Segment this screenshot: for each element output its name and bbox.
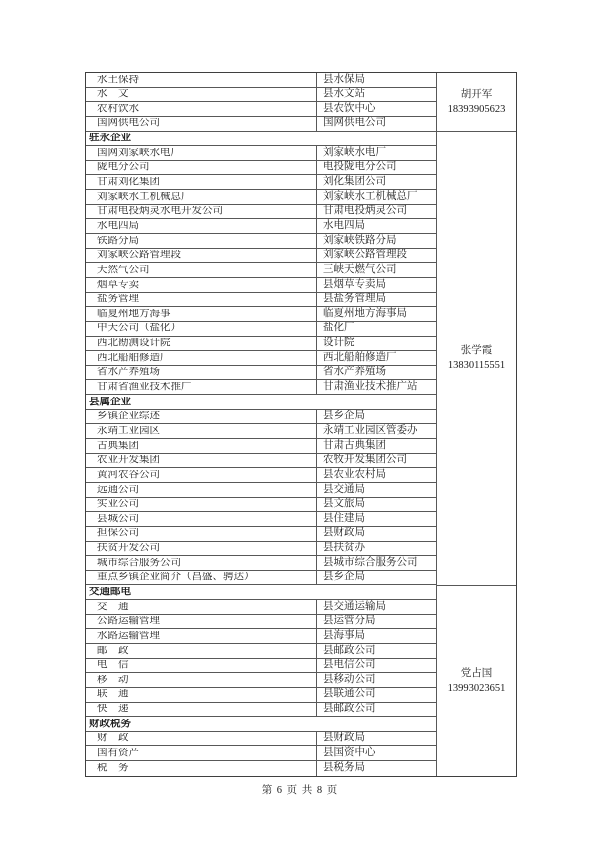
item-name-cell: 水电四局	[86, 221, 316, 232]
contact-cell: 胡开军18393905623	[437, 73, 516, 132]
organization-cell: 设计院	[316, 337, 436, 351]
section-header-row: 县属企业	[86, 395, 436, 410]
table-row: 省水产养殖场省水产养殖场	[86, 366, 436, 381]
table-row: 西北船舶修造厂西北船舶修造厂	[86, 351, 436, 366]
item-name-cell: 刘家峡公路管理段	[86, 250, 316, 261]
organization-cell: 县扶贫办	[316, 542, 436, 556]
item-name-cell: 财 政	[86, 733, 316, 744]
table-row: 甘肃电投炳灵水电开发公司甘肃电投炳灵公司	[86, 205, 436, 220]
table-row: 西北勘测设计院设计院	[86, 337, 436, 352]
item-name-cell: 联 通	[86, 689, 316, 700]
item-name-cell: 电 信	[86, 660, 316, 671]
organization-cell: 县交通运输局	[316, 600, 436, 614]
item-name-cell: 邮 政	[86, 646, 316, 657]
organization-cell: 县联通公司	[316, 688, 436, 702]
organization-cell: 县邮政公司	[316, 703, 436, 717]
table-row: 邮 政县邮政公司	[86, 644, 436, 659]
organization-cell: 农牧开发集团公司	[316, 454, 436, 468]
contact-phone: 13830115551	[448, 358, 505, 373]
item-name-cell: 交 通	[86, 602, 316, 613]
item-name-cell: 农业开发集团	[86, 455, 316, 466]
organization-cell: 县农饮中心	[316, 102, 436, 116]
item-name-cell: 国有资产	[86, 748, 316, 759]
table-row: 永靖工业园区永靖工业园区管委办	[86, 424, 436, 439]
item-name-cell: 重点乡镇企业简介（昌盛、骋达）	[86, 572, 316, 583]
organization-cell: 县电信公司	[316, 659, 436, 673]
organization-cell: 刘家峡公路管理段	[316, 249, 436, 263]
organization-cell: 刘家峡水电厂	[316, 146, 436, 160]
item-name-cell: 水路运输管理	[86, 631, 316, 642]
contact-name: 胡开军	[461, 87, 493, 102]
organization-cell: 国网供电公司	[316, 117, 436, 131]
table-row: 水电四局水电四局	[86, 219, 436, 234]
item-name-cell: 扶贫开发公司	[86, 543, 316, 554]
table-row: 联 通县联通公司	[86, 688, 436, 703]
organization-cell: 西北船舶修造厂	[316, 351, 436, 365]
table-row: 快 递县邮政公司	[86, 703, 436, 718]
table-row: 刘家峡水工机械总厂刘家峡水工机械总厂	[86, 190, 436, 205]
table-row: 水 文县水文站	[86, 88, 436, 103]
organization-cell: 三峡天燃气公司	[316, 263, 436, 277]
table-row: 农村饮水县农饮中心	[86, 102, 436, 117]
section-header-row: 交通邮电	[86, 585, 436, 600]
item-name-cell: 实业公司	[86, 499, 316, 510]
table-row: 乡镇企业综述县乡企局	[86, 410, 436, 425]
item-name-cell: 担保公司	[86, 528, 316, 539]
item-name-cell: 中天公司（盐化）	[86, 323, 316, 334]
item-name-cell: 远通公司	[86, 485, 316, 496]
table-row: 城市综合服务公司县城市综合服务公司	[86, 556, 436, 571]
item-name-cell: 临夏州地方海事	[86, 309, 316, 320]
organization-cell: 县交通局	[316, 483, 436, 497]
contact-cell: 党占国13993023651	[437, 586, 516, 776]
table-row: 刘家峡公路管理段刘家峡公路管理段	[86, 249, 436, 264]
item-name-cell: 烟草专卖	[86, 280, 316, 291]
table-row: 甘肃刘化集团刘化集团公司	[86, 175, 436, 190]
item-name-cell: 铁路分局	[86, 236, 316, 247]
item-name-cell: 县城公司	[86, 514, 316, 525]
item-name-cell: 西北勘测设计院	[86, 338, 316, 349]
organization-cell: 甘肃电投炳灵公司	[316, 205, 436, 219]
item-name-cell: 快 递	[86, 704, 316, 715]
organization-cell: 刘家峡铁路分局	[316, 234, 436, 248]
organization-cell: 县农业农村局	[316, 468, 436, 482]
table-row: 水土保持县水保局	[86, 73, 436, 88]
organization-cell: 县海事局	[316, 629, 436, 643]
organization-cell: 永靖工业园区管委办	[316, 424, 436, 438]
table-row: 重点乡镇企业简介（昌盛、骋达）县乡企局	[86, 571, 436, 586]
table-row: 担保公司县财政局	[86, 527, 436, 542]
organization-cell: 县水文站	[316, 88, 436, 102]
item-name-cell: 古典集团	[86, 441, 316, 452]
item-name-cell: 移 动	[86, 675, 316, 686]
item-name-cell: 甘肃刘化集团	[86, 177, 316, 188]
table-row: 古典集团甘肃古典集团	[86, 439, 436, 454]
item-name-cell: 天然气公司	[86, 265, 316, 276]
organization-cell: 县文旅局	[316, 498, 436, 512]
item-name-cell: 水土保持	[86, 75, 316, 86]
contact-phone: 18393905623	[448, 102, 506, 117]
table-row: 临夏州地方海事临夏州地方海事局	[86, 307, 436, 322]
contact-phone: 13993023651	[448, 681, 506, 696]
table-row: 扶贫开发公司县扶贫办	[86, 542, 436, 557]
item-name-cell: 水 文	[86, 89, 316, 100]
table-row: 电 信县电信公司	[86, 659, 436, 674]
table-row: 国网供电公司国网供电公司	[86, 117, 436, 132]
organization-cell: 县财政局	[316, 732, 436, 746]
contact-cell: 张学霞13830115551	[437, 132, 516, 586]
item-name-cell: 税 务	[86, 763, 316, 774]
item-name-cell: 城市综合服务公司	[86, 558, 316, 569]
table-row: 中天公司（盐化）盐化厂	[86, 322, 436, 337]
item-name-cell: 黄河农谷公司	[86, 470, 316, 481]
item-name-cell: 农村饮水	[86, 104, 316, 115]
table-row: 移 动县移动公司	[86, 673, 436, 688]
organization-cell: 县住建局	[316, 512, 436, 526]
table-row: 天然气公司三峡天燃气公司	[86, 263, 436, 278]
table-row: 远通公司县交通局	[86, 483, 436, 498]
contact-name: 张学霞	[461, 343, 493, 358]
organization-cell: 水电四局	[316, 219, 436, 233]
organization-cell: 县税务局	[316, 761, 436, 776]
table-row: 公路运输管理县运管分局	[86, 615, 436, 630]
organization-cell: 省水产养殖场	[316, 366, 436, 380]
organization-cell: 电投陇电分公司	[316, 161, 436, 175]
item-name-cell: 陇电分公司	[86, 162, 316, 173]
organization-cell: 县运管分局	[316, 615, 436, 629]
table-row: 税 务县税务局	[86, 761, 436, 776]
contact-column: 胡开军18393905623张学霞13830115551党占国139930236…	[436, 73, 516, 776]
organization-cell: 刘家峡水工机械总厂	[316, 190, 436, 204]
item-name-cell: 国网刘家峡水电厂	[86, 148, 316, 159]
item-name-cell: 乡镇企业综述	[86, 411, 316, 422]
table-row: 交 通县交通运输局	[86, 600, 436, 615]
organization-cell: 县盐务管理局	[316, 293, 436, 307]
table-body: 水土保持县水保局水 文县水文站农村饮水县农饮中心国网供电公司国网供电公司驻永企业…	[86, 73, 436, 776]
table-row: 国有资产县国资中心	[86, 746, 436, 761]
document-page: 水土保持县水保局水 文县水文站农村饮水县农饮中心国网供电公司国网供电公司驻永企业…	[0, 0, 600, 848]
section-title: 县属企业	[86, 397, 436, 408]
organization-cell: 临夏州地方海事局	[316, 307, 436, 321]
item-name-cell: 西北船舶修造厂	[86, 353, 316, 364]
page-number: 第 6 页 共 8 页	[0, 782, 600, 797]
organization-cell: 县乡企局	[316, 571, 436, 585]
section-title: 交通邮电	[86, 587, 436, 598]
directory-table: 水土保持县水保局水 文县水文站农村饮水县农饮中心国网供电公司国网供电公司驻永企业…	[85, 72, 517, 777]
organization-cell: 县乡企局	[316, 410, 436, 424]
table-row: 国网刘家峡水电厂刘家峡水电厂	[86, 146, 436, 161]
item-name-cell: 甘肃省渔业技术推广	[86, 382, 316, 393]
item-name-cell: 甘肃电投炳灵水电开发公司	[86, 206, 316, 217]
section-header-row: 财政税务	[86, 717, 436, 732]
item-name-cell: 刘家峡水工机械总厂	[86, 192, 316, 203]
section-title: 驻永企业	[86, 133, 436, 144]
organization-cell: 县国资中心	[316, 746, 436, 760]
organization-cell: 刘化集团公司	[316, 175, 436, 189]
organization-cell: 县邮政公司	[316, 644, 436, 658]
item-name-cell: 永靖工业园区	[86, 426, 316, 437]
organization-cell: 盐化厂	[316, 322, 436, 336]
organization-cell: 县城市综合服务公司	[316, 556, 436, 570]
table-row: 水路运输管理县海事局	[86, 629, 436, 644]
organization-cell: 县移动公司	[316, 673, 436, 687]
table-row: 县城公司县住建局	[86, 512, 436, 527]
organization-cell: 甘肃古典集团	[316, 439, 436, 453]
item-name-cell: 国网供电公司	[86, 118, 316, 129]
section-header-row: 驻永企业	[86, 132, 436, 147]
table-row: 财 政县财政局	[86, 732, 436, 747]
table-row: 陇电分公司电投陇电分公司	[86, 161, 436, 176]
table-row: 甘肃省渔业技术推广甘肃渔业技术推广站	[86, 380, 436, 395]
table-row: 盐务管理县盐务管理局	[86, 293, 436, 308]
organization-cell: 县水保局	[316, 73, 436, 87]
table-row: 铁路分局刘家峡铁路分局	[86, 234, 436, 249]
contact-name: 党占国	[461, 666, 493, 681]
item-name-cell: 公路运输管理	[86, 616, 316, 627]
item-name-cell: 盐务管理	[86, 294, 316, 305]
organization-cell: 县烟草专卖局	[316, 278, 436, 292]
table-row: 实业公司县文旅局	[86, 498, 436, 513]
table-row: 黄河农谷公司县农业农村局	[86, 468, 436, 483]
table-row: 农业开发集团农牧开发集团公司	[86, 454, 436, 469]
section-title: 财政税务	[86, 719, 436, 730]
item-name-cell: 省水产养殖场	[86, 367, 316, 378]
table-row: 烟草专卖县烟草专卖局	[86, 278, 436, 293]
organization-cell: 县财政局	[316, 527, 436, 541]
organization-cell: 甘肃渔业技术推广站	[316, 380, 436, 394]
